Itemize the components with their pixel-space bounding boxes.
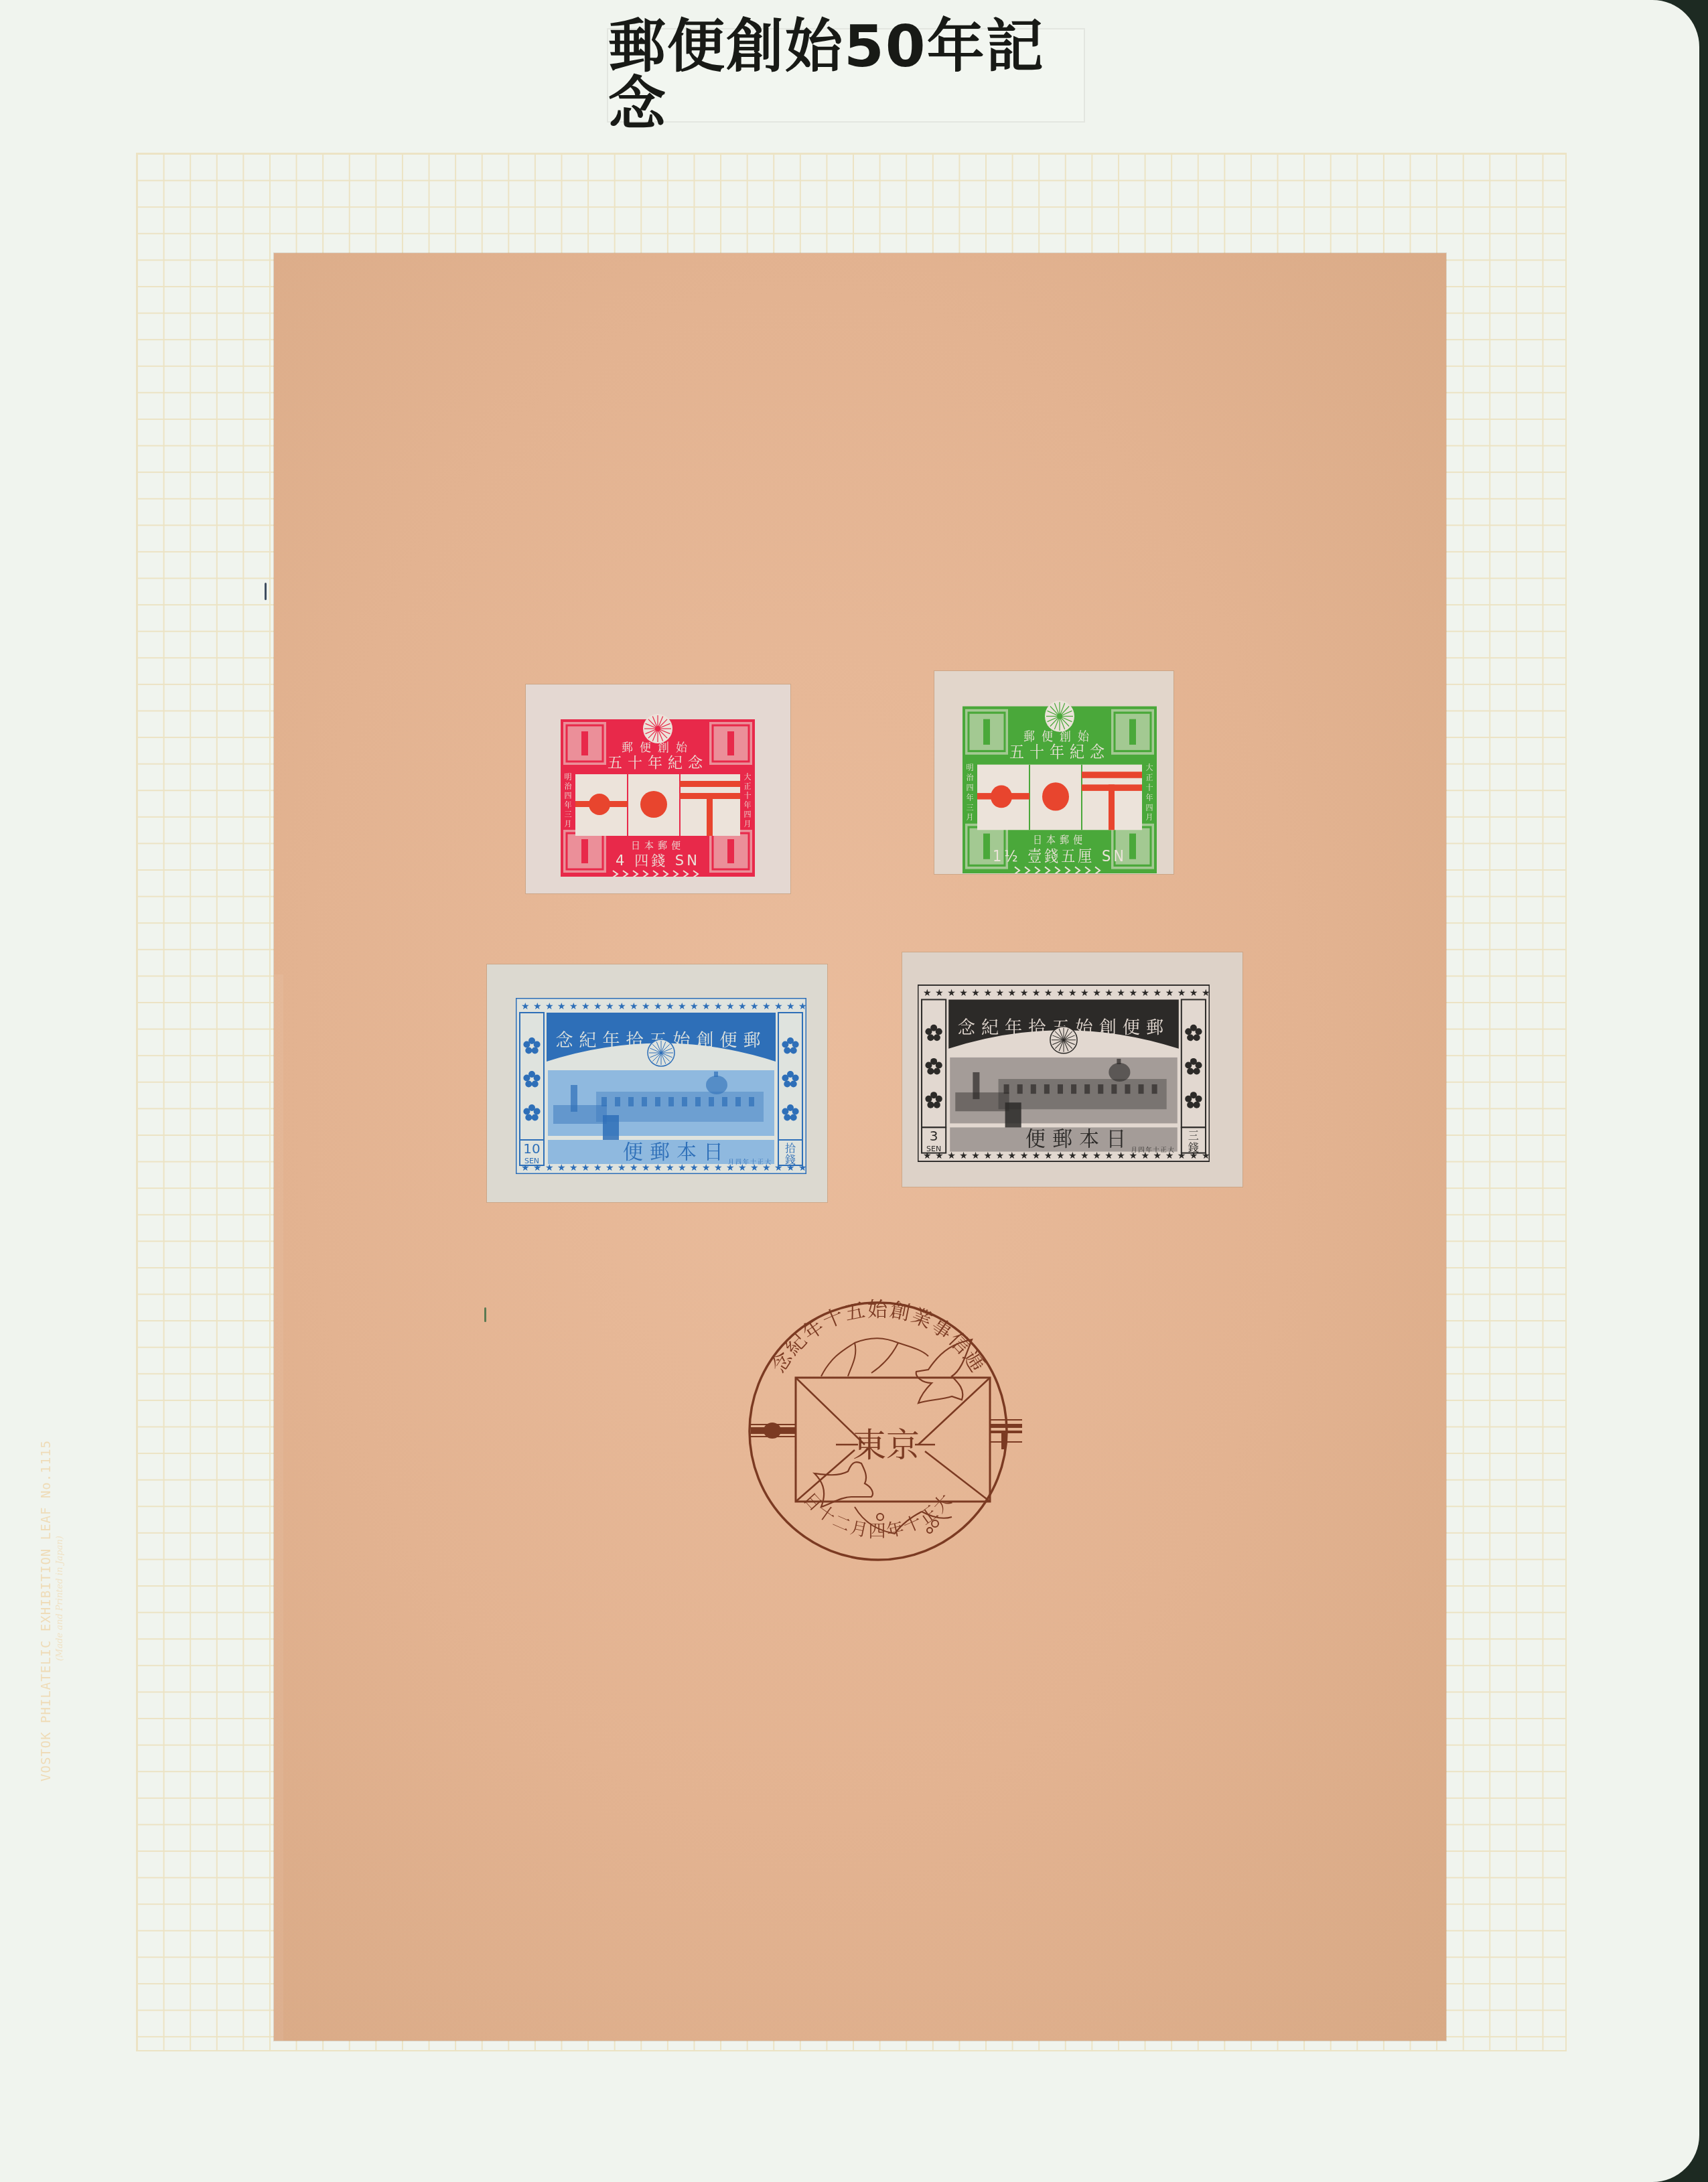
svg-text:★: ★: [642, 1163, 650, 1173]
svg-text:★: ★: [738, 1001, 747, 1012]
commemorative-sheet: [274, 253, 1446, 2041]
svg-text:五十年紀念: 五十年紀念: [608, 755, 708, 772]
svg-text:★: ★: [1056, 1151, 1065, 1161]
building-design-icon: ★★★★★★★★★★★★★★★★★★★★★★★★★★★★★★★★★★★★★★★★…: [516, 998, 806, 1174]
svg-text:★: ★: [1020, 988, 1029, 999]
svg-text:★: ★: [996, 988, 1005, 999]
svg-text:年: 年: [966, 792, 973, 802]
postmark-top-text: 念紀年十五始創業事信逓: [767, 1298, 989, 1377]
stamp-design: ★★★★★★★★★★★★★★★★★★★★★★★★★★★★★★★★★★★★★★★★…: [516, 998, 806, 1174]
svg-text:★: ★: [702, 1163, 711, 1173]
page-title: 郵便創始50年記念: [608, 18, 1084, 133]
svg-text:★: ★: [654, 1001, 662, 1012]
svg-text:★: ★: [666, 1001, 674, 1012]
svg-text:★: ★: [959, 988, 968, 999]
svg-text:★: ★: [1153, 988, 1162, 999]
svg-text:★: ★: [1092, 1151, 1101, 1161]
svg-text:★: ★: [606, 1001, 614, 1012]
stamp-design: 郵便創始五十年紀念明治四年三月大正十年四月日本郵便4 四錢 SN: [561, 713, 755, 877]
stamp-black-3sen[interactable]: ★★★★★★★★★★★★★★★★★★★★★★★★★★★★★★★★★★★★★★★★…: [902, 952, 1242, 1187]
svg-text:★: ★: [581, 1001, 590, 1012]
svg-text:★: ★: [1032, 988, 1041, 999]
svg-text:★: ★: [714, 1163, 723, 1173]
svg-text:治: 治: [565, 782, 573, 791]
stamp-blue-10sen[interactable]: ★★★★★★★★★★★★★★★★★★★★★★★★★★★★★★★★★★★★★★★★…: [487, 964, 827, 1202]
svg-text:正: 正: [744, 782, 752, 791]
sheet-fold: [274, 974, 283, 2041]
building-design-icon: ★★★★★★★★★★★★★★★★★★★★★★★★★★★★★★★★★★★★★★★★…: [918, 985, 1210, 1162]
svg-text:年: 年: [565, 800, 572, 810]
leaf-label: VOSTOK PHILATELIC EXHIBITION LEAF No.111…: [39, 1440, 54, 1781]
svg-text:★: ★: [947, 988, 956, 999]
svg-text:★: ★: [581, 1163, 590, 1173]
svg-text:★: ★: [1044, 988, 1053, 999]
commemorative-postmark: 東京 念紀年十五始創業事信逓 日十二月四年十正大: [721, 1276, 1029, 1571]
svg-text:治: 治: [966, 773, 974, 782]
svg-text:日本郵便: 日本郵便: [1033, 834, 1086, 846]
svg-text:★: ★: [762, 1001, 771, 1012]
svg-text:SEN: SEN: [524, 1157, 539, 1165]
svg-text:四: 四: [744, 810, 752, 819]
svg-text:★: ★: [1008, 1151, 1017, 1161]
svg-text:★: ★: [593, 1163, 602, 1173]
svg-text:★: ★: [557, 1001, 566, 1012]
svg-text:★: ★: [714, 1001, 723, 1012]
svg-text:★: ★: [935, 988, 944, 999]
svg-text:月四年十正大: 月四年十正大: [728, 1158, 772, 1166]
svg-text:四: 四: [1145, 802, 1153, 812]
svg-text:★: ★: [983, 1151, 992, 1161]
svg-text:10: 10: [523, 1141, 540, 1157]
stamp-green-1-5sn[interactable]: 郵便創始五十年紀念明治四年三月大正十年四月日本郵便1½ 壹錢五厘 SN: [934, 671, 1173, 874]
svg-text:郵便創始: 郵便創始: [1023, 730, 1096, 744]
svg-text:★: ★: [666, 1163, 674, 1173]
svg-text:★: ★: [1092, 988, 1101, 999]
stamp-red-4sn[interactable]: 郵便創始五十年紀念明治四年三月大正十年四月日本郵便4 四錢 SN: [526, 684, 790, 893]
svg-text:月: 月: [966, 812, 973, 822]
svg-text:★: ★: [726, 1001, 735, 1012]
svg-text:★: ★: [1044, 1151, 1053, 1161]
svg-text:★: ★: [1141, 988, 1150, 999]
leaf-sublabel: (Made and Printed in Japan): [55, 1440, 65, 1661]
svg-text:★: ★: [1056, 988, 1065, 999]
svg-text:大: 大: [1145, 763, 1153, 772]
svg-text:★: ★: [618, 1163, 626, 1173]
svg-text:★: ★: [1202, 988, 1210, 999]
svg-text:★: ★: [1117, 988, 1125, 999]
flags-design-icon: 郵便創始五十年紀念明治四年三月大正十年四月日本郵便1½ 壹錢五厘 SN: [963, 699, 1157, 873]
svg-text:★: ★: [1020, 1151, 1029, 1161]
svg-text:★: ★: [545, 1163, 554, 1173]
svg-text:日本郵便: 日本郵便: [631, 840, 685, 851]
svg-text:四: 四: [966, 783, 973, 792]
postmark-city: 東京: [853, 1426, 920, 1465]
svg-text:★: ★: [996, 1151, 1005, 1161]
postmark-date-text: 日十二月四年十正大: [799, 1489, 957, 1542]
stamp-design: 郵便創始五十年紀念明治四年三月大正十年四月日本郵便1½ 壹錢五厘 SN: [963, 699, 1157, 873]
svg-text:明: 明: [565, 773, 572, 782]
svg-text:★: ★: [533, 1001, 542, 1012]
svg-text:錢: 錢: [785, 1153, 796, 1166]
stamp-design: ★★★★★★★★★★★★★★★★★★★★★★★★★★★★★★★★★★★★★★★★…: [918, 985, 1210, 1162]
svg-text:月四年十正大: 月四年十正大: [1131, 1146, 1175, 1154]
svg-text:★: ★: [642, 1001, 650, 1012]
svg-text:★: ★: [1165, 988, 1174, 999]
svg-text:月: 月: [565, 820, 572, 828]
svg-text:念紀年十五始創業事信逓: 念紀年十五始創業事信逓: [767, 1298, 989, 1377]
svg-text:★: ★: [557, 1163, 566, 1173]
svg-text:明: 明: [966, 763, 973, 772]
svg-text:3: 3: [930, 1128, 938, 1144]
svg-text:★: ★: [786, 1001, 795, 1012]
svg-text:★: ★: [971, 988, 980, 999]
svg-text:十: 十: [1145, 783, 1153, 792]
title-box: 郵便創始50年記念: [607, 28, 1085, 123]
svg-text:★: ★: [1032, 1151, 1041, 1161]
svg-text:★: ★: [1068, 988, 1077, 999]
svg-text:十: 十: [744, 791, 752, 800]
svg-text:★: ★: [606, 1163, 614, 1173]
svg-text:★: ★: [971, 1151, 980, 1161]
svg-text:★: ★: [959, 1151, 968, 1161]
side-imprint: VOSTOK PHILATELIC EXHIBITION LEAF No.111…: [39, 1440, 65, 1781]
flags-design-icon: 郵便創始五十年紀念明治四年三月大正十年四月日本郵便4 四錢 SN: [561, 713, 755, 877]
svg-text:★: ★: [690, 1001, 699, 1012]
svg-text:★: ★: [593, 1001, 602, 1012]
svg-text:★: ★: [750, 1001, 759, 1012]
svg-text:★: ★: [678, 1163, 687, 1173]
svg-text:郵便創始: 郵便創始: [622, 741, 694, 755]
svg-text:SEN: SEN: [926, 1145, 941, 1153]
svg-text:便郵本日: 便郵本日: [623, 1141, 730, 1164]
svg-text:大: 大: [744, 772, 752, 782]
svg-text:五十年紀念: 五十年紀念: [1009, 743, 1110, 761]
svg-text:★: ★: [630, 1001, 638, 1012]
svg-text:★: ★: [569, 1001, 578, 1012]
postmark-icon: 東京 念紀年十五始創業事信逓 日十二月四年十正大: [721, 1276, 1029, 1571]
svg-text:年: 年: [1145, 792, 1153, 802]
svg-text:★: ★: [1117, 1151, 1125, 1161]
svg-text:★: ★: [618, 1001, 626, 1012]
svg-text:★: ★: [702, 1001, 711, 1012]
svg-text:錢: 錢: [1188, 1141, 1199, 1154]
svg-text:★: ★: [798, 1001, 806, 1012]
svg-text:★: ★: [678, 1001, 687, 1012]
svg-text:便郵本日: 便郵本日: [1025, 1129, 1133, 1152]
svg-text:★: ★: [1129, 988, 1137, 999]
svg-text:★: ★: [630, 1163, 638, 1173]
svg-text:★: ★: [1008, 988, 1017, 999]
svg-text:三: 三: [565, 810, 572, 819]
svg-text:★: ★: [1178, 988, 1186, 999]
sheet-blemish: [484, 1307, 486, 1322]
svg-text:★: ★: [1105, 988, 1113, 999]
svg-text:月: 月: [744, 820, 752, 828]
svg-text:月: 月: [1145, 812, 1153, 822]
svg-text:★: ★: [569, 1163, 578, 1173]
svg-text:★: ★: [521, 1001, 530, 1012]
svg-text:★: ★: [545, 1001, 554, 1012]
svg-text:★: ★: [1080, 1151, 1089, 1161]
svg-text:日十二月四年十正大: 日十二月四年十正大: [799, 1489, 957, 1542]
svg-text:四: 四: [565, 792, 572, 800]
svg-text:★: ★: [774, 1001, 783, 1012]
svg-text:1½ 壹錢五厘 SN: 1½ 壹錢五厘 SN: [993, 848, 1127, 865]
svg-text:正: 正: [1145, 773, 1153, 782]
svg-text:4 四錢 SN: 4 四錢 SN: [616, 853, 700, 869]
svg-text:★: ★: [1068, 1151, 1077, 1161]
svg-text:★: ★: [1080, 988, 1089, 999]
svg-text:三: 三: [966, 802, 973, 812]
svg-text:★: ★: [983, 988, 992, 999]
svg-text:★: ★: [947, 1151, 956, 1161]
svg-text:★: ★: [1190, 988, 1198, 999]
svg-text:★: ★: [654, 1163, 662, 1173]
svg-text:★: ★: [690, 1163, 699, 1173]
svg-text:年: 年: [744, 800, 752, 810]
edge-mark: [265, 583, 267, 600]
svg-text:★: ★: [923, 988, 932, 999]
svg-text:★: ★: [1105, 1151, 1113, 1161]
